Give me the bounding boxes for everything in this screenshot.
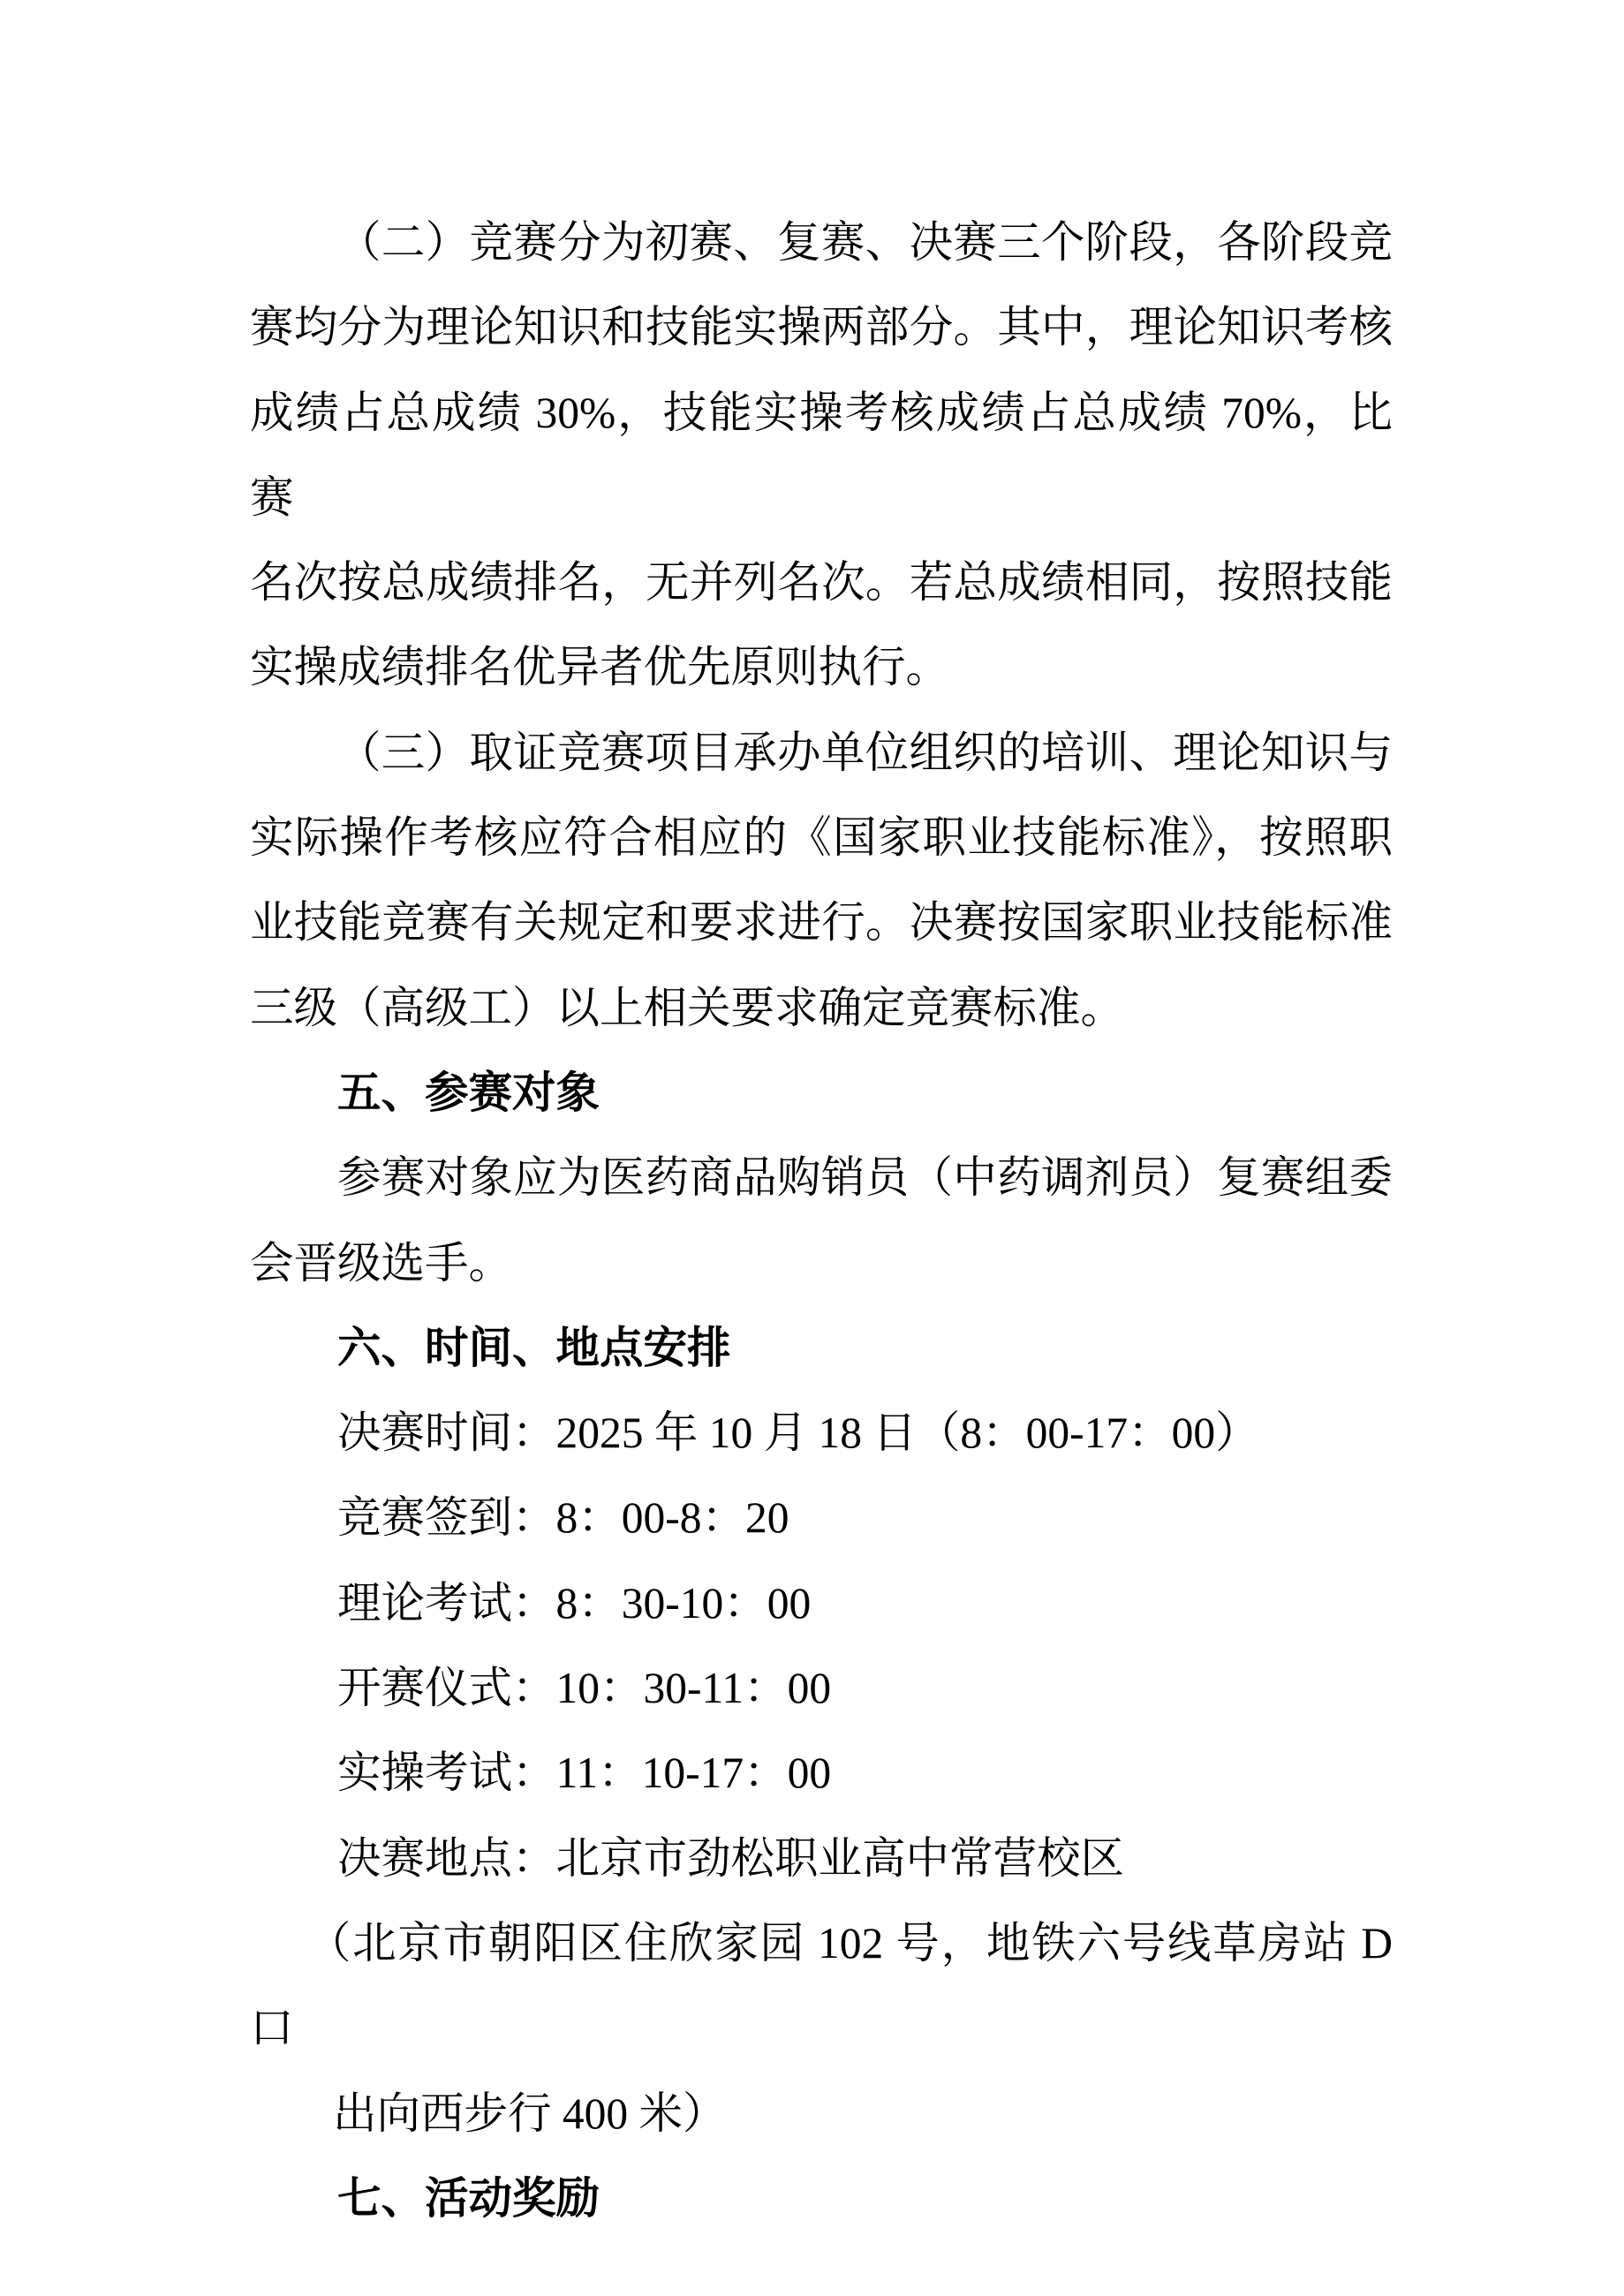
line-venue-address-2: 出向西步行 400 米）: [250, 2072, 1393, 2156]
document-page: （二）竞赛分为初赛、复赛、决赛三个阶段，各阶段竞 赛均分为理论知识和技能实操两部…: [0, 0, 1624, 2296]
line-venue-address-1: （北京市朝阳区住欣家园 102 号，地铁六号线草房站 D 口: [250, 1901, 1393, 2072]
para-item2-line-4: 名次按总成绩排名，无并列名次。若总成绩相同，按照技能: [250, 540, 1393, 625]
para-item3-line-2: 实际操作考核应符合相应的《国家职业技能标准》，按照职: [250, 796, 1393, 880]
document-body: （二）竞赛分为初赛、复赛、决赛三个阶段，各阶段竞 赛均分为理论知识和技能实操两部…: [250, 200, 1393, 2241]
para-item2-line-2: 赛均分为理论知识和技能实操两部分。其中，理论知识考核: [250, 285, 1393, 370]
para-item3-line-1: （三）取证竞赛项目承办单位组织的培训、理论知识与: [250, 711, 1393, 796]
para-participants-line-2: 会晋级选手。: [250, 1221, 1393, 1306]
line-practical-exam: 实操考试：11：10-17：00: [250, 1731, 1393, 1816]
line-theory-exam-time: 理论考试：8：30-10：00: [250, 1561, 1393, 1646]
section-heading-6: 六、时间、地点安排: [250, 1306, 1393, 1391]
line-signin-time: 竞赛签到：8：00-8：20: [250, 1476, 1393, 1560]
para-item2-line-3: 成绩占总成绩 30%，技能实操考核成绩占总成绩 70%，比赛: [250, 371, 1393, 541]
section-heading-7: 七、活动奖励: [250, 2156, 1393, 2241]
para-item3-line-4: 三级（高级工）以上相关要求确定竞赛标准。: [250, 966, 1393, 1051]
section-heading-5: 五、参赛对象: [250, 1051, 1393, 1136]
para-item2-line-1: （二）竞赛分为初赛、复赛、决赛三个阶段，各阶段竞: [250, 200, 1393, 285]
line-opening-ceremony: 开赛仪式：10：30-11：00: [250, 1646, 1393, 1731]
line-final-time: 决赛时间：2025 年 10 月 18 日（8：00-17：00）: [250, 1391, 1393, 1476]
para-participants-line-1: 参赛对象应为医药商品购销员（中药调剂员）复赛组委: [250, 1136, 1393, 1220]
line-final-venue: 决赛地点：北京市劲松职业高中常营校区: [250, 1816, 1393, 1901]
para-item3-line-3: 业技能竞赛有关规定和要求进行。决赛按国家职业技能标准: [250, 880, 1393, 965]
para-item2-line-5: 实操成绩排名优异者优先原则执行。: [250, 625, 1393, 710]
